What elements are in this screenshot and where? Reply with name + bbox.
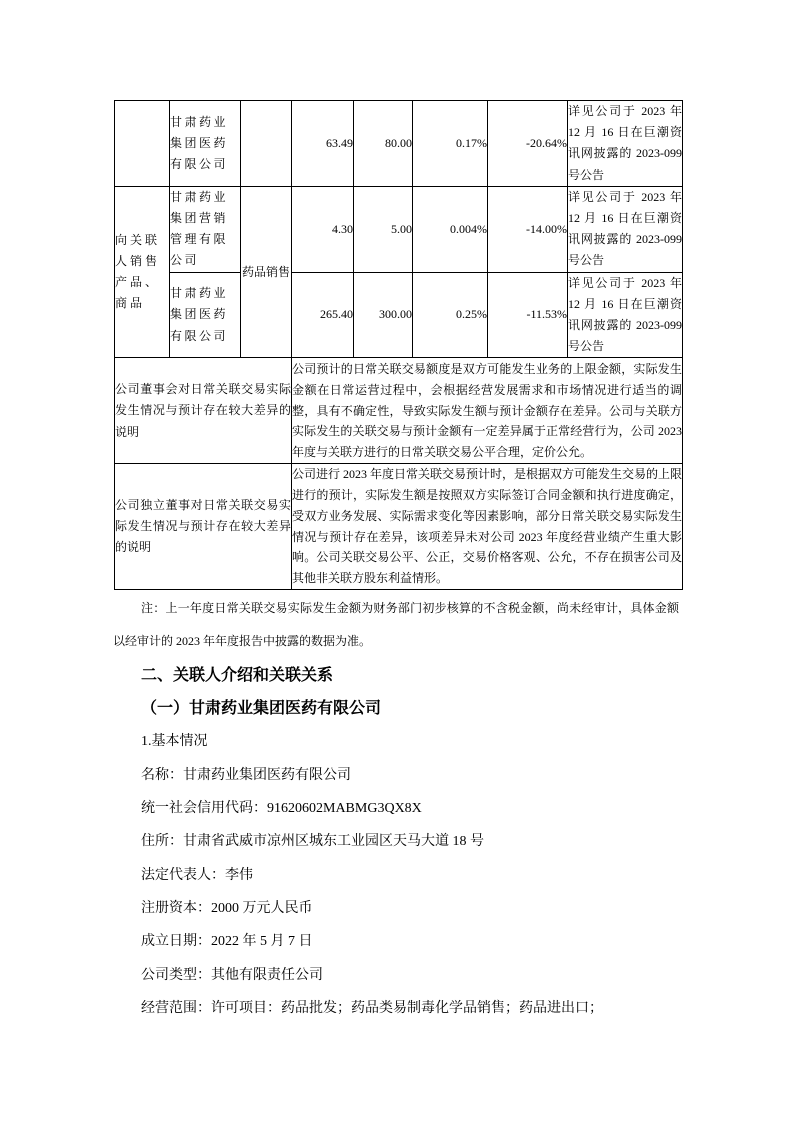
- estimated-amount-cell: 5.00: [354, 186, 413, 272]
- independent-director-statement-text: 公司进行 2023 年度日常关联交易预计时，是根据双方可能发生交易的上限进行的预…: [292, 464, 683, 589]
- independent-director-statement-row: 公司独立董事对日常关联交易实际发生情况与预计存在较大差异的说明 公司进行 202…: [115, 464, 683, 589]
- actual-amount-cell: 63.49: [292, 101, 354, 187]
- ratio-cell: 0.17%: [413, 101, 488, 187]
- disclosure-cell: 详见公司于 2023 年 12 月 16 日在巨潮资讯网披露的 2023-099…: [568, 272, 683, 358]
- body-text: 注：上一年度日常关联交易实际发生金额为财务部门初步核算的不含税金额，尚未经审计，…: [113, 592, 679, 1025]
- section-heading: 二、关联人介绍和关联关系: [113, 659, 679, 692]
- business-scope-line: 经营范围：许可项目：药品批发；药品类易制毒化学品销售；药品进出口；: [113, 992, 679, 1025]
- company-name-line: 名称：甘肃药业集团医药有限公司: [113, 759, 679, 792]
- transaction-type-cell: [241, 101, 292, 187]
- table-row: 甘肃药业集团医药有限公司 265.40 300.00 0.25% -11.53%…: [115, 272, 683, 358]
- related-party-cell: 甘肃药业集团医药有限公司: [170, 272, 241, 358]
- table-row: 向关联人销售产品、商品 甘肃药业集团营销管理有限公司 药品销售 4.30 5.0…: [115, 186, 683, 272]
- company-type-line: 公司类型：其他有限责任公司: [113, 959, 679, 992]
- board-statement-text: 公司预计的日常关联交易额度是双方可能发生业务的上限金额，实际发生金额在日常运营过…: [292, 358, 683, 464]
- establishment-date-line: 成立日期：2022 年 5 月 7 日: [113, 925, 679, 958]
- document-page: 甘肃药业集团医药有限公司 63.49 80.00 0.17% -20.64% 详…: [0, 0, 794, 1122]
- subsection-heading: （一）甘肃药业集团医药有限公司: [113, 692, 679, 725]
- related-party-cell: 甘肃药业集团医药有限公司: [170, 101, 241, 187]
- difference-cell: -20.64%: [488, 101, 568, 187]
- disclosure-cell: 详见公司于 2023 年 12 月 16 日在巨潮资讯网披露的 2023-099…: [568, 101, 683, 187]
- ratio-cell: 0.25%: [413, 272, 488, 358]
- difference-cell: -14.00%: [488, 186, 568, 272]
- category-cell: 向关联人销售产品、商品: [115, 186, 170, 358]
- board-statement-label: 公司董事会对日常关联交易实际发生情况与预计存在较大差异的说明: [115, 358, 292, 464]
- difference-cell: -11.53%: [488, 272, 568, 358]
- estimated-amount-cell: 80.00: [354, 101, 413, 187]
- item-heading: 1.基本情况: [113, 725, 679, 758]
- legal-representative-line: 法定代表人：李伟: [113, 859, 679, 892]
- category-cell: [115, 101, 170, 187]
- actual-amount-cell: 4.30: [292, 186, 354, 272]
- independent-director-statement-label: 公司独立董事对日常关联交易实际发生情况与预计存在较大差异的说明: [115, 464, 292, 589]
- credit-code-line: 统一社会信用代码：91620602MABMG3QX8X: [113, 792, 679, 825]
- table-footnote: 注：上一年度日常关联交易实际发生金额为财务部门初步核算的不含税金额，尚未经审计，…: [113, 592, 679, 659]
- table-row: 甘肃药业集团医药有限公司 63.49 80.00 0.17% -20.64% 详…: [115, 101, 683, 187]
- board-statement-row: 公司董事会对日常关联交易实际发生情况与预计存在较大差异的说明 公司预计的日常关联…: [115, 358, 683, 464]
- actual-amount-cell: 265.40: [292, 272, 354, 358]
- registered-capital-line: 注册资本：2000 万元人民币: [113, 892, 679, 925]
- address-line: 住所：甘肃省武威市凉州区城东工业园区天马大道 18 号: [113, 825, 679, 858]
- ratio-cell: 0.004%: [413, 186, 488, 272]
- disclosure-cell: 详见公司于 2023 年 12 月 16 日在巨潮资讯网披露的 2023-099…: [568, 186, 683, 272]
- related-party-cell: 甘肃药业集团营销管理有限公司: [170, 186, 241, 272]
- related-transactions-table: 甘肃药业集团医药有限公司 63.49 80.00 0.17% -20.64% 详…: [114, 100, 683, 590]
- transaction-type-cell: 药品销售: [241, 186, 292, 358]
- estimated-amount-cell: 300.00: [354, 272, 413, 358]
